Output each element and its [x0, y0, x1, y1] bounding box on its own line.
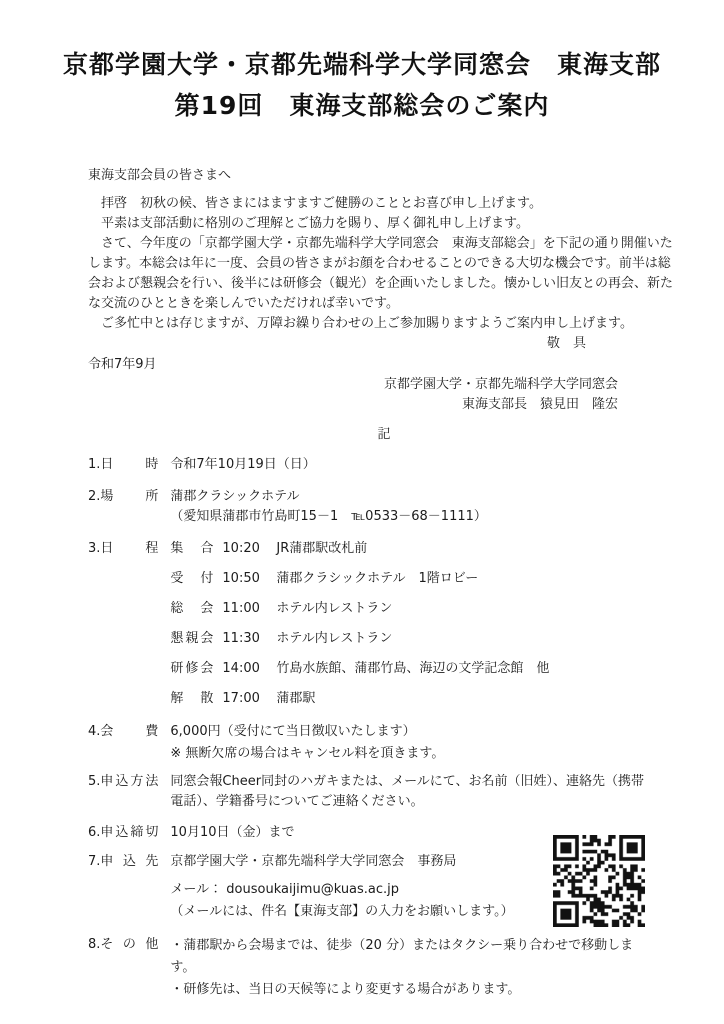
schedule-label: 受付: [170, 569, 213, 589]
schedule-label: 懇親会: [170, 629, 213, 649]
item-label: 日程: [100, 539, 158, 559]
item-label: 場所: [100, 487, 158, 507]
item-value: ・蒲郡駅から会場までは、徒歩（20 分）またはタクシー乗り合わせで移動します。 …: [170, 935, 648, 1001]
schedule-row: 受付 10:50 蒲郡クラシックホテル 1階ロビー: [170, 569, 549, 589]
schedule-label: 集合: [170, 539, 213, 559]
item-label: 申込方法: [100, 772, 158, 792]
item-other: 8.その他 ・蒲郡駅から会場までは、徒歩（20 分）またはタクシー乗り合わせで移…: [88, 935, 680, 1001]
closing-keigu: 敬 具: [88, 334, 680, 354]
item-label: その他: [100, 935, 158, 955]
schedule-list: 集合 10:20 JR蒲郡駅改札前 受付 10:50 蒲郡クラシックホテル 1階…: [170, 539, 549, 709]
item-value: 6,000円（受付にて当日徴収いたします） ※ 無断欠席の場合はキャンセル料を頂…: [170, 722, 444, 764]
sender-person: 東海支部長 猿見田 隆宏: [88, 395, 618, 415]
item-label: 会費: [100, 722, 158, 742]
item-number: 5.: [88, 772, 100, 792]
item-number: 6.: [88, 823, 100, 843]
item-label: 申込先: [100, 852, 158, 872]
venue-address: （愛知県蒲郡市竹島町15－1 ℡0533－68－1111）: [170, 507, 487, 527]
qr-code: [553, 835, 645, 927]
fee-amount: 6,000円（受付にて当日徴収いたします）: [170, 722, 444, 742]
schedule-row: 研修会 14:00 竹島水族館、蒲郡竹島、海辺の文学記念館 他: [170, 659, 549, 679]
item-application-method: 5.申込方法 同窓会報Cheer同封のハガキまたは、メールにて、お名前（旧姓）、…: [88, 772, 680, 812]
paragraph-greeting: 拝啓 初秋の候、皆さまにはますますご健勝のこととお喜び申し上げます。: [88, 194, 680, 214]
schedule-row: 総会 11:00 ホテル内レストラン: [170, 599, 549, 619]
item-fee: 4.会費 6,000円（受付にて当日徴収いたします） ※ 無断欠席の場合はキャン…: [88, 722, 680, 764]
letter-date: 令和7年9月: [88, 355, 680, 375]
sender-block: 京都学園大学・京都先端科学大学同窓会 東海支部長 猿見田 隆宏: [88, 375, 680, 415]
schedule-label: 研修会: [170, 659, 213, 679]
item-number: 1.: [88, 455, 100, 475]
document-page: 京都学園大学・京都先端科学大学同窓会 東海支部 第19回 東海支部総会のご案内 …: [0, 0, 724, 1024]
document-title: 京都学園大学・京都先端科学大学同窓会 東海支部 第19回 東海支部総会のご案内: [0, 0, 724, 126]
record-marker: 記: [88, 425, 680, 445]
other-bullet-weather: ・研修先は、当日の天候等により変更する場合があります。: [170, 979, 648, 1001]
item-value: 蒲郡クラシックホテル （愛知県蒲郡市竹島町15－1 ℡0533－68－1111）: [170, 487, 487, 527]
schedule-time: 14:00: [222, 659, 272, 679]
schedule-row: 解散 17:00 蒲郡駅: [170, 689, 549, 709]
item-value: 令和7年10月19日（日）: [170, 455, 315, 475]
sender-organization: 京都学園大学・京都先端科学大学同窓会: [88, 375, 618, 395]
contact-email-note: （メールには、件名【東海支部】の入力をお願いします。）: [170, 902, 513, 922]
contact-email: メール： dousoukaijimu@kuas.ac.jp: [170, 880, 513, 900]
paragraph-main: さて、今年度の「京都学園大学・京都先端科学大学同窓会 東海支部総会」を下記の通り…: [88, 234, 680, 314]
schedule-row: 懇親会 11:30 ホテル内レストラン: [170, 629, 549, 649]
schedule-time: 17:00: [222, 689, 272, 709]
item-place: 2.場所 蒲郡クラシックホテル （愛知県蒲郡市竹島町15－1 ℡0533－68－…: [88, 487, 680, 527]
schedule-place: ホテル内レストラン: [276, 599, 392, 619]
schedule-place: 蒲郡クラシックホテル 1階ロビー: [276, 569, 478, 589]
other-bullet-transport: ・蒲郡駅から会場までは、徒歩（20 分）またはタクシー乗り合わせで移動します。: [170, 935, 648, 979]
schedule-time: 10:50: [222, 569, 272, 589]
salutation: 東海支部会員の皆さまへ: [88, 166, 680, 186]
title-line-2: 第19回 東海支部総会のご案内: [0, 85, 724, 126]
paragraph-request: ご多忙中とは存じますが、万障お繰り合わせの上ご参加賜りますようご案内申し上げます…: [88, 314, 680, 334]
schedule-place: JR蒲郡駅改札前: [276, 539, 367, 559]
paragraph-thanks: 平素は支部活動に格別のご理解とご協力を賜り、厚く御礼申し上げます。: [88, 214, 680, 234]
item-number: 3.: [88, 539, 100, 559]
item-number: 2.: [88, 487, 100, 507]
schedule-time: 11:30: [222, 629, 272, 649]
item-number: 7.: [88, 852, 100, 872]
item-label: 日時: [100, 455, 158, 475]
schedule-place: ホテル内レストラン: [276, 629, 392, 649]
item-value: 10月10日（金）まで: [170, 823, 294, 843]
item-number: 8.: [88, 935, 100, 955]
schedule-place: 竹島水族館、蒲郡竹島、海辺の文学記念館 他: [276, 659, 549, 679]
item-number: 4.: [88, 722, 100, 742]
venue-name: 蒲郡クラシックホテル: [170, 487, 487, 507]
schedule-label: 総会: [170, 599, 213, 619]
item-datetime: 1.日時 令和7年10月19日（日）: [88, 455, 680, 475]
letter-paragraphs: 拝啓 初秋の候、皆さまにはますますご健勝のこととお喜び申し上げます。 平素は支部…: [88, 194, 680, 334]
schedule-row: 集合 10:20 JR蒲郡駅改札前: [170, 539, 549, 559]
item-value: 同窓会報Cheer同封のハガキまたは、メールにて、お名前（旧姓）、連絡先（携帯電…: [170, 772, 648, 812]
schedule-place: 蒲郡駅: [276, 689, 315, 709]
item-value: 京都学園大学・京都先端科学大学同窓会 事務局 メール： dousoukaijim…: [170, 852, 513, 922]
item-schedule: 3.日程 集合 10:20 JR蒲郡駅改札前 受付 10:50 蒲郡クラシックホ…: [88, 539, 680, 709]
schedule-label: 解散: [170, 689, 213, 709]
title-line-1: 京都学園大学・京都先端科学大学同窓会 東海支部: [0, 44, 724, 85]
item-label: 申込締切: [100, 823, 158, 843]
contact-office: 京都学園大学・京都先端科学大学同窓会 事務局: [170, 852, 513, 872]
schedule-time: 11:00: [222, 599, 272, 619]
schedule-time: 10:20: [222, 539, 272, 559]
fee-note: ※ 無断欠席の場合はキャンセル料を頂きます。: [170, 744, 444, 764]
